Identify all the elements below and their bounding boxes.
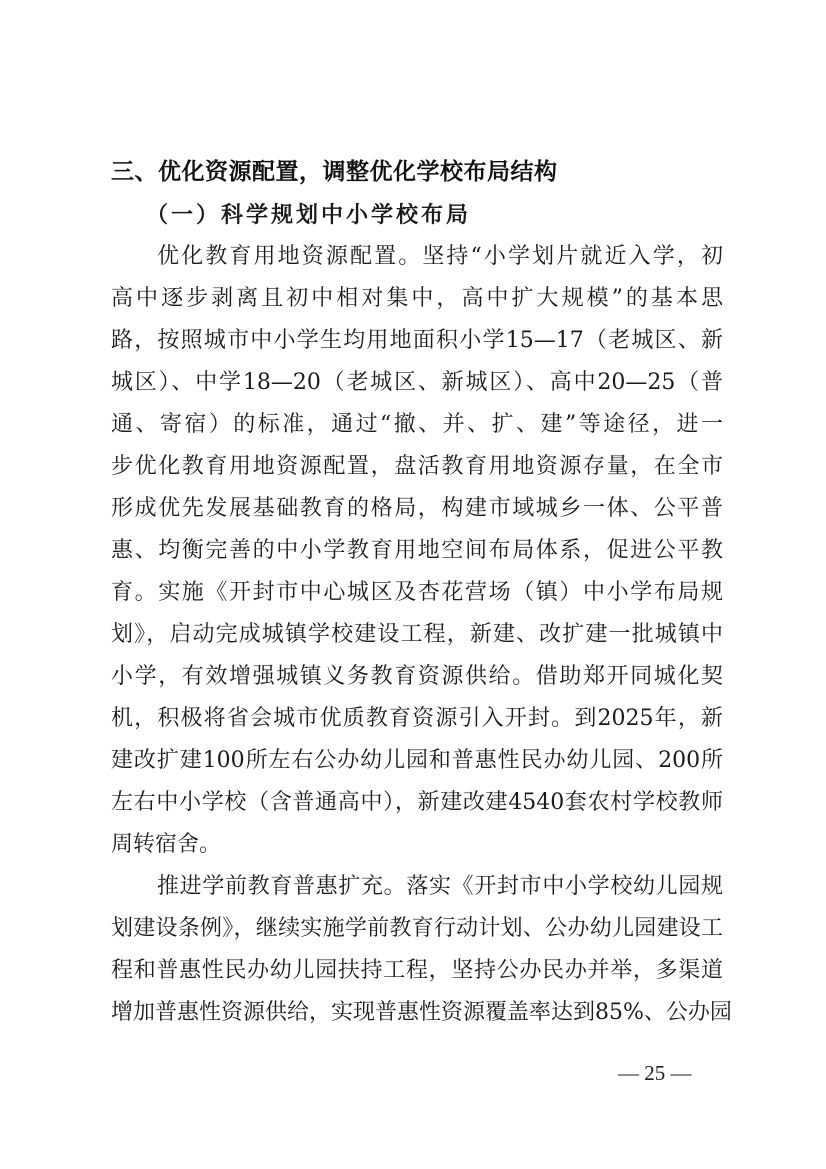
text-line: 建改扩建100所左右公办幼儿园和普惠性民办幼儿园、200所	[111, 746, 723, 776]
document-page: 三、优化资源配置，调整优化学校布局结构 （一）科学规划中小学校布局 优化教育用地…	[0, 0, 826, 1169]
text-line: 程和普惠性民办幼儿园扶持工程，坚持公办民办并举，多渠道	[111, 956, 723, 986]
text-line: 小学，有效增强城镇义务教育资源供给。借助郑开同城化契	[111, 662, 723, 692]
text-line: 周转宿舍。	[111, 830, 723, 860]
text-line: 优化教育用地资源配置。坚持“小学划片就近入学，初	[157, 242, 723, 272]
page-number: — 25 —	[618, 1058, 698, 1088]
text-line: 划建设条例》，继续实施学前教育行动计划、公办幼儿园建设工	[111, 914, 723, 944]
text-line: 城区）、中学18—20（老城区、新城区）、高中20—25（普	[111, 368, 723, 398]
text-line: 育。实施《开封市中心城区及杏花营场（镇）中小学布局规	[111, 578, 723, 608]
text-line: 划》，启动完成城镇学校建设工程，新建、改扩建一批城镇中	[111, 620, 723, 650]
text-line: 机，积极将省会城市优质教育资源引入开封。到2025年，新	[111, 704, 723, 734]
text-line: 推进学前教育普惠扩充。落实《开封市中小学校幼儿园规	[157, 872, 723, 902]
text-line: 路，按照城市中小学生均用地面积小学15—17（老城区、新	[111, 326, 723, 356]
text-line: 通、寄宿）的标准，通过“撤、并、扩、建”等途径，进一	[111, 410, 723, 440]
text-line: 高中逐步剥离且初中相对集中，高中扩大规模”的基本思	[111, 284, 723, 314]
text-line: 形成优先发展基础教育的格局，构建市域城乡一体、公平普	[111, 494, 723, 524]
text-line: 惠、均衡完善的中小学教育用地空间布局体系，促进公平教	[111, 536, 723, 566]
text-line: 增加普惠性资源供给，实现普惠性资源覆盖率达到85%、公办园	[111, 998, 723, 1028]
subsection-heading: （一）科学规划中小学校布局	[146, 200, 712, 230]
section-heading: 三、优化资源配置，调整优化学校布局结构	[111, 157, 723, 187]
text-line: 步优化教育用地资源配置，盘活教育用地资源存量，在全市	[111, 452, 723, 482]
text-line: 左右中小学校（含普通高中），新建改建4540套农村学校教师	[111, 788, 723, 818]
